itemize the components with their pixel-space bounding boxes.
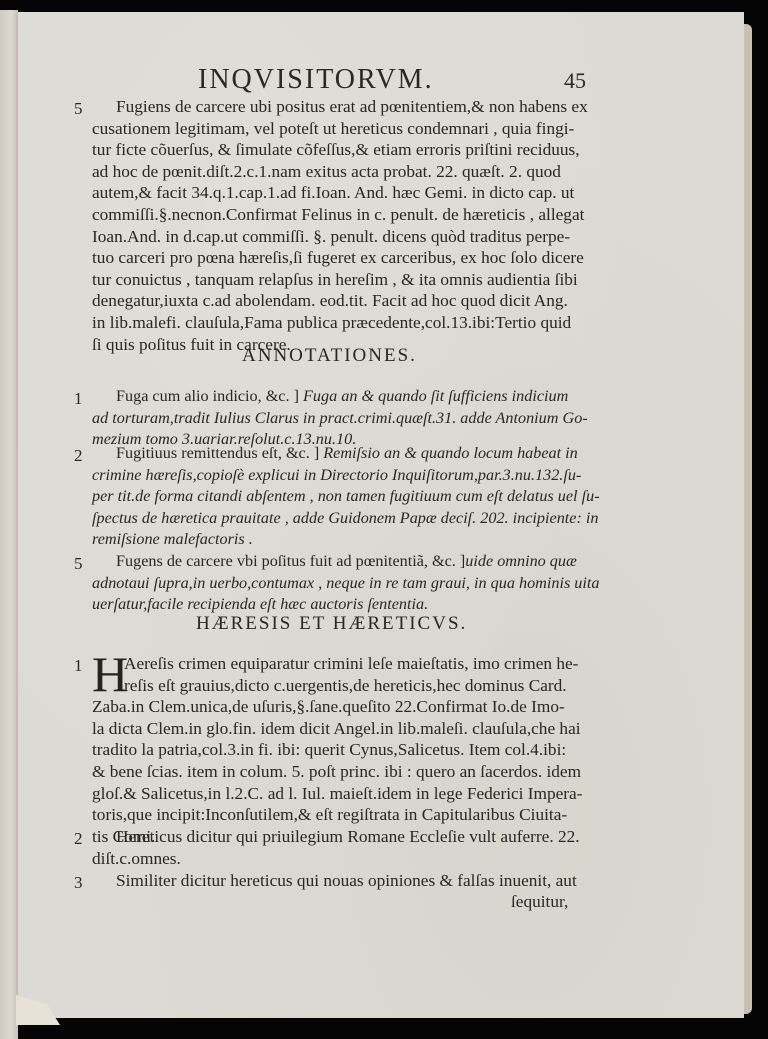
margin-number: 5 [74,99,83,119]
text-line: diſt.c.omnes. [92,848,704,870]
text-line: tuo carceri pro pœna hæreſis,ſi fugeret … [92,247,704,269]
margin-number: 3 [74,873,83,893]
text-line: uide omnino quæ [465,552,577,570]
text-line: Zaba.in Clem.unica,de uſuris,§.ſane.queſ… [92,696,704,718]
text-line: Hereticus dicitur qui priuilegium Romane… [92,826,704,848]
haeresis-paragraph-3: Similiter dicitur hereticus qui nouas op… [92,870,704,892]
haeresis-paragraph-1: Aereſis crimen equiparatur crimini leſe … [92,653,704,847]
text-line: crimine hæreſis,copioſè explicui in Dire… [92,465,704,487]
annotation-2: Fugitiuus remittendus eſt, &c. ] Remiſsi… [92,443,704,551]
section-heading-haeresis: HÆRESIS ET HÆRETICVS. [196,613,467,635]
annotation-1: Fuga cum alio indicio, &c. ] Fuga an & q… [92,386,704,451]
text-line: gloſ.& Salicetus,in l.2.C. ad l. Iul. ma… [92,783,704,805]
margin-number: 1 [74,389,83,409]
text-line: cusationem legitimam, vel poteſt ut here… [92,118,704,140]
margin-number: 2 [74,829,83,849]
text-line: & bene ſcias. item in colum. 5. poſt pri… [92,761,704,783]
text-line: tradito la patria,col.3.in fi. ibi: quer… [92,739,704,761]
text-line: reſis eſt grauius,dicto c.uergentis,de h… [92,675,704,697]
text-line: Fugiens de carcere ubi positus erat ad p… [92,96,704,118]
haeresis-paragraph-2: Hereticus dicitur qui priuilegium Romane… [92,826,704,869]
section-heading-annotationes: ANNOTATIONES. [242,345,417,367]
annotation-5: Fugens de carcere vbi poſitus fuit ad pœ… [92,551,704,616]
annotation-lemma: Fugitiuus remittendus eſt, &c. ] [116,444,319,462]
annotation-lemma: Fugens de carcere vbi poſitus fuit ad pœ… [116,552,465,570]
annotation-lemma: Fuga cum alio indicio, &c. ] [116,387,299,405]
text-line: Similiter dicitur hereticus qui nouas op… [92,870,704,892]
text-line: denegatur,iuxta c.ad abolendam. eod.tit.… [92,290,704,312]
running-head: INQVISITORVM. [198,64,434,96]
text-line: Aereſis crimen equiparatur crimini leſe … [92,653,704,675]
margin-number: 2 [74,446,83,466]
page-number: 45 [564,68,586,94]
text-line: tur conuictus , tanquam relapſus in here… [92,269,704,291]
text-line: la dicta Clem.in glo.fin. idem dicit Ang… [92,718,704,740]
text-line: per tit.de forma citandi abſentem , non … [92,486,704,508]
text-line: toris,que incipit:Inconſutilem,& eſt reg… [92,804,704,826]
text-line: ad torturam,tradit Iulius Clarus in prac… [92,408,704,430]
text-line: Ioan.And. in d.cap.ut commiſſi. §. penul… [92,226,704,248]
text-line: autem,& facit 34.q.1.cap.1.ad fi.Ioan. A… [92,182,704,204]
catchword: ſequitur, [511,892,568,912]
text-line: Remiſsio an & quando locum habeat in [323,444,577,462]
margin-number: 5 [74,554,83,574]
text-line: in lib.malefi. clauſula,Fama publica præ… [92,312,704,334]
text-line: tur ficte cõuerſus, & ſimulate cõfeſſus,… [92,139,704,161]
text-line: adnotaui ſupra,in uerbo,contumax , neque… [92,573,704,595]
text-line: ad hoc de pœnit.diſt.2.c.1.nam exitus ac… [92,161,704,183]
text-line: remiſsione malefactoris . [92,529,704,551]
paragraph-5: Fugiens de carcere ubi positus erat ad p… [92,96,704,355]
text-line: ſpectus de hæretica prauitate , adde Gui… [92,508,704,530]
margin-number: 1 [74,656,83,676]
text-line: commiſſi.§.necnon.Confirmat Felinus in c… [92,204,704,226]
text-line: Fuga an & quando ſit ſufficiens indicium [303,387,568,405]
